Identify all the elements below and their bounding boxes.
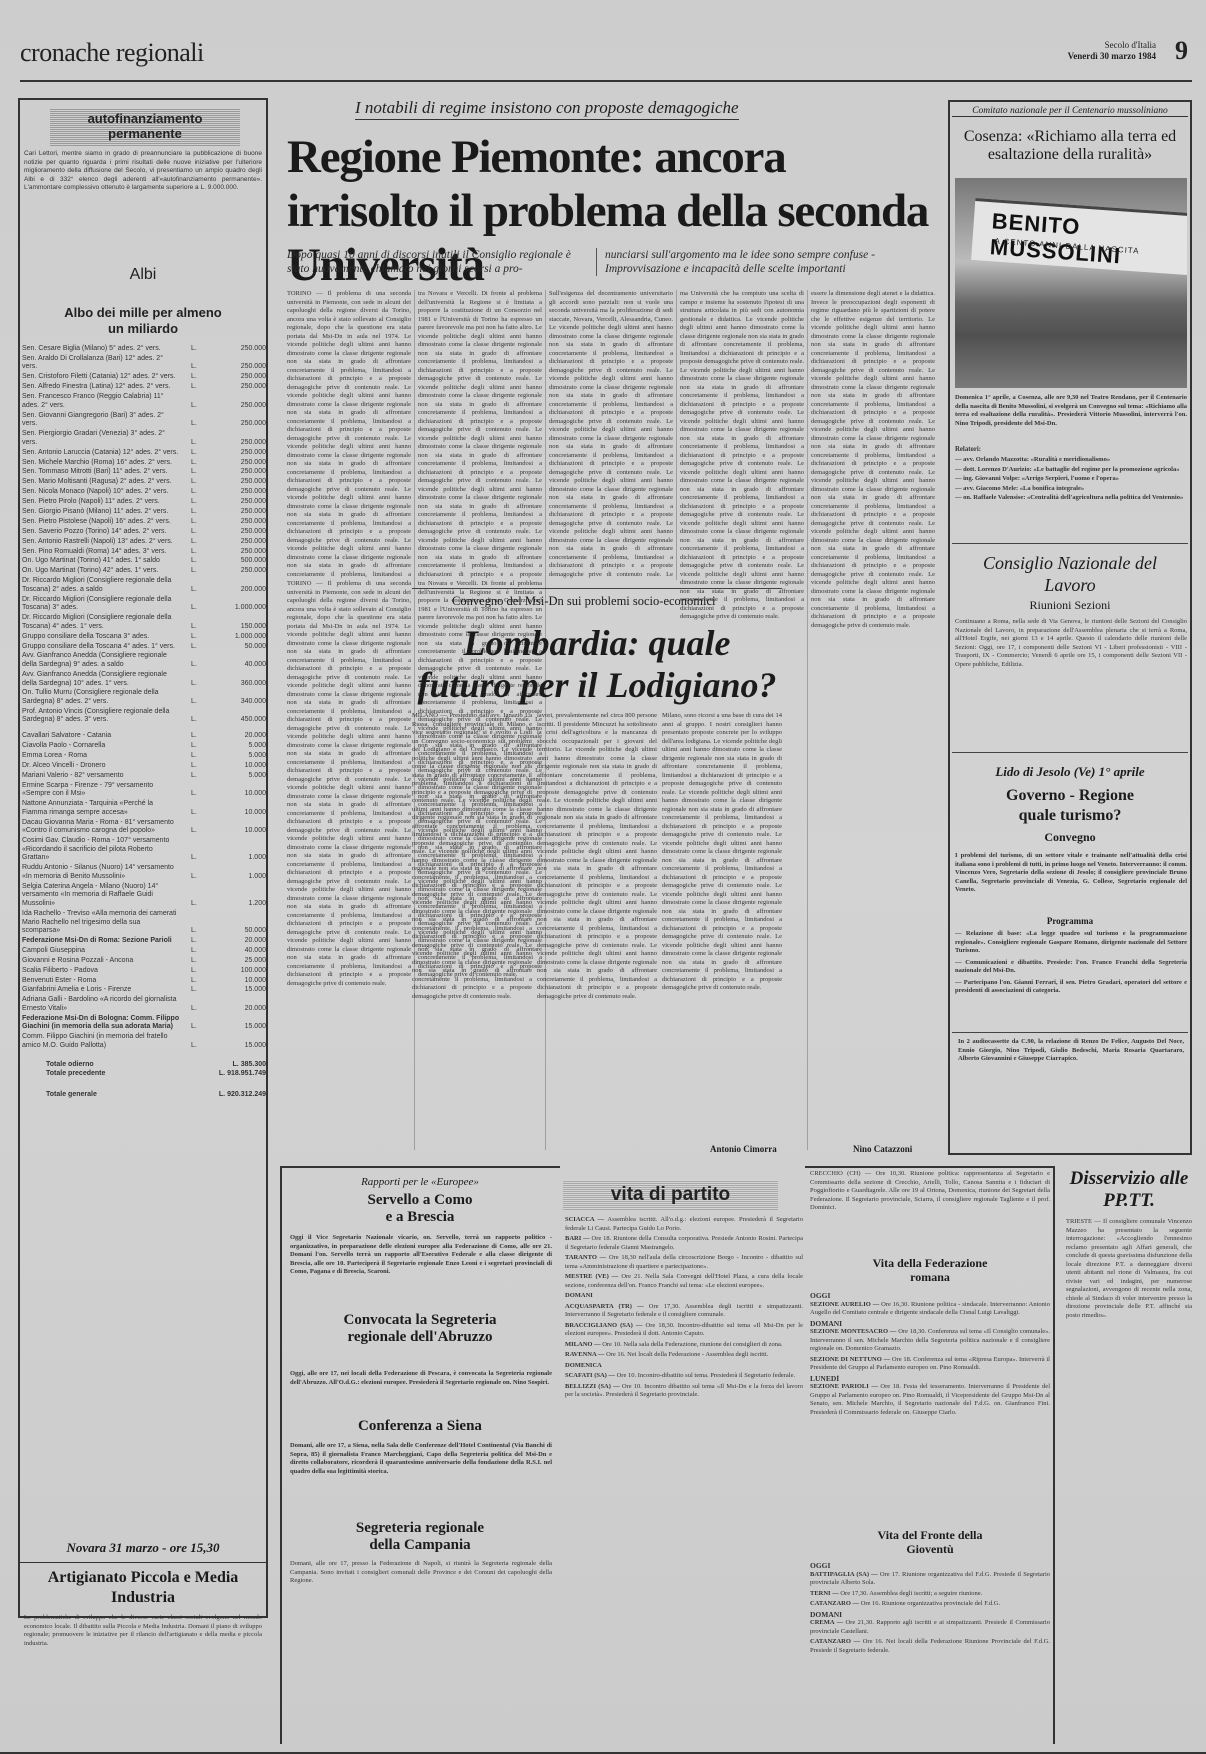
donor-name: Selgia Caterina Angela - Milano (Nuoro) … xyxy=(22,883,180,909)
vita-entry: DOMENICA xyxy=(565,1362,803,1371)
federation-entry: BATTIPAGLIA (SA) — Ore 17. Riunione orga… xyxy=(810,1571,1050,1588)
donor-amount: 250.000 xyxy=(216,478,266,487)
donor-row: Gruppo consiliare della Toscana 3° ades.… xyxy=(22,633,266,642)
donor-name: Nattone Annunziata - Tarquinia «Perché l… xyxy=(22,800,180,817)
donor-name: Sen. Pietro Pistolese (Napoli) 16° ades.… xyxy=(22,518,180,527)
donor-amount: 15.000 xyxy=(216,1023,266,1032)
donor-amount: 15.000 xyxy=(216,986,266,995)
donor-row: Nattone Annunziata - Tarquinia «Perché l… xyxy=(22,800,266,817)
currency: L. xyxy=(191,1042,205,1051)
currency: L. xyxy=(191,538,205,547)
federazione-title: Vita della Federazione romana xyxy=(810,1256,1050,1284)
donor-amount: 250.000 xyxy=(216,567,266,576)
entry-label: CREMA — xyxy=(810,1619,845,1626)
relatori-list: — avv. Orlando Mazzotta: «Ruralità e mer… xyxy=(955,456,1187,504)
donor-amount: 20.000 xyxy=(216,937,266,946)
federation-entry: SEZIONE PARIOLI — Ore 18. Festa del tess… xyxy=(810,1383,1050,1417)
donor-row: Dr. Riccardo Migliori (Consigliere regio… xyxy=(22,596,266,613)
donor-amount: 250.000 xyxy=(216,528,266,537)
jesolo-kicker: Lido di Jesolo (Ve) 1° aprile xyxy=(952,764,1188,780)
servello-title: Servello a Como e a Brescia xyxy=(284,1192,556,1226)
donor-amount: 25.000 xyxy=(216,957,266,966)
donor-amount: 5.000 xyxy=(216,742,266,751)
donor-name: On. Tullio Murru (Consigliere regionale … xyxy=(22,689,180,706)
total-row: Totale precedenteL. 918.951.749 xyxy=(22,1069,266,1078)
jesolo-subtitle: Convegno xyxy=(952,830,1188,845)
currency: L. xyxy=(191,557,205,566)
federazione-box xyxy=(805,1166,1055,1744)
donor-row: Sen. Tommaso Mitrotti (Bari) 11° ades. 2… xyxy=(22,468,266,477)
donor-amount: 10.000 xyxy=(216,977,266,986)
cnl-rule xyxy=(952,543,1188,544)
campania-text: Domani, alle ore 17, presso la Federazio… xyxy=(290,1560,552,1740)
currency: L. xyxy=(191,459,205,468)
donor-amount: 450.000 xyxy=(216,716,266,725)
donor-amount: 50.000 xyxy=(216,927,266,936)
photo-banner: BENITO MUSSOLINI A CENTO ANNI DALLA NASC… xyxy=(971,198,1187,276)
donor-name: Adriana Galli - Bardolino «A ricordo del… xyxy=(22,996,180,1013)
donor-amount: 250.000 xyxy=(216,488,266,497)
donor-row: Sen. Nicola Monaco (Napoli) 10° ades. 2°… xyxy=(22,488,266,497)
relatori-label: Relatori: xyxy=(955,446,1187,455)
donor-amount: 10.000 xyxy=(216,827,266,836)
donor-amount: 5.000 xyxy=(216,772,266,781)
donor-name: Campoli Giuseppina xyxy=(22,947,180,956)
donor-name: Sen. Antonio Laruccia (Catania) 12° ades… xyxy=(22,449,180,458)
vita-entry: MESTRE (VE) — Ore 21. Nella Sala Convegn… xyxy=(565,1273,803,1290)
donor-amount: 20.000 xyxy=(216,1005,266,1014)
currency: L. xyxy=(191,698,205,707)
paper-meta: Secolo d'Italia Venerdì 30 marzo 1984 xyxy=(1068,40,1156,62)
donor-row: Sen. Pietro Pistolese (Napoli) 16° ades.… xyxy=(22,518,266,527)
donor-row: Federazione Msi-Dn di Roma: Sezione Pari… xyxy=(22,937,266,946)
donor-name: Ermine Scarpa - Firenze - 79° versamento… xyxy=(22,782,180,799)
entry-label: TERNI — xyxy=(810,1590,840,1597)
main-article-column: tra Novara e Vercelli. Di fronte al prob… xyxy=(418,290,542,578)
donor-name: Sen. Pietro Pirolo (Napoli) 11° ades. 2°… xyxy=(22,498,180,507)
donor-name: Sen. Francesco Franco (Reggio Calabria) … xyxy=(22,393,180,410)
main-deck-right: nunciarsi sull'argomento ma le idee sono… xyxy=(605,248,935,276)
donor-amount: 1.000 xyxy=(216,854,266,863)
currency: L. xyxy=(191,661,205,670)
vita-entry: RAVENNA — Ore 16. Nei locali della Feder… xyxy=(565,1351,803,1360)
jesolo-program-label: Programma xyxy=(952,916,1188,926)
donor-amount: 250.000 xyxy=(216,548,266,557)
relatore-item: — avv. Giacomo Mele: «La bonifica integr… xyxy=(955,485,1187,494)
donor-amount: 500.000 xyxy=(216,557,266,566)
currency: L. xyxy=(191,567,205,576)
donor-name: Sen. Cristoforo Filetti (Catania) 12° ad… xyxy=(22,373,180,382)
donor-row: Sen. Alfredo Finestra (Latina) 12° ades.… xyxy=(22,383,266,392)
entry-place: MILANO — xyxy=(565,1341,602,1348)
lombardia-column: Milano, sono ricorsi a una base di cura … xyxy=(662,712,782,1138)
siena-text: Domani, alle ore 17, a Siena, nella Sala… xyxy=(290,1442,552,1502)
abruzzo-text: Oggi, alle ore 17, nei locali della Fede… xyxy=(290,1370,552,1410)
entry-label: SEZIONE AURELIO — xyxy=(810,1301,881,1308)
donor-amount: 340.000 xyxy=(216,698,266,707)
vita-entry: ACQUASPARTA (TR) — Ore 17,30. Assemblea … xyxy=(565,1303,803,1320)
donor-row: Ruddu Antonio - Silanus (Nuoro) 14° vers… xyxy=(22,864,266,881)
jesolo-program: — Relazione di base: «La legge quadro su… xyxy=(955,930,1187,999)
donor-row: Sen. Araldo Di Crollalanza (Bari) 12° ad… xyxy=(22,355,266,372)
vita-entry: BELLIZZI (SA) — Ore 10. Incontro dibatti… xyxy=(565,1383,803,1400)
main-article-column: essere la dimensione degli atenei e la d… xyxy=(811,290,935,1138)
currency: L. xyxy=(191,827,205,836)
currency: L. xyxy=(191,937,205,946)
currency: L. xyxy=(191,373,205,382)
entry-place: SCAFATI (SA) — xyxy=(565,1372,617,1379)
donor-name: Sen. Antonio Rastrelli (Napoli) 13° ades… xyxy=(22,538,180,547)
donor-row: Comm. Filippo Giachini (in memoria del f… xyxy=(22,1033,266,1050)
donor-name: Federazione Msi-Dn di Bologna: Comm. Fil… xyxy=(22,1015,180,1032)
total-row: Totale generaleL. 920.312.249 xyxy=(22,1090,266,1099)
disservizio-title: Disservizio alle PP.TT. xyxy=(1062,1168,1196,1212)
cnl-subtitle: Riunioni Sezioni xyxy=(952,598,1188,613)
currency: L. xyxy=(191,986,205,995)
donor-name: Dr. Alceo Vincelli - Dronero xyxy=(22,762,180,771)
lombardia-kicker: Convegno del Msi-Dn sui problemi socio-e… xyxy=(452,594,716,609)
main-kicker: I notabili di regime insistono con propo… xyxy=(355,98,739,120)
entry-label: SEZIONE MONTESACRO — xyxy=(810,1328,898,1335)
donor-amount: 250.000 xyxy=(216,459,266,468)
servello-text: Oggi il Vice Segretario Nazionale vicari… xyxy=(290,1234,552,1298)
donor-name: Sen. Giovanni Giangregorio (Bari) 3° ade… xyxy=(22,412,180,429)
total-label: Totale generale xyxy=(22,1090,97,1099)
entry-label: CATANZARO — xyxy=(810,1600,861,1607)
day-label: DOMANI xyxy=(565,1292,593,1299)
currency: L. xyxy=(191,643,205,652)
donor-row: Sen. Piergiorgio Gradari (Venezia) 3° ad… xyxy=(22,430,266,447)
donor-name: Emma Lorea - Roma xyxy=(22,752,180,761)
donor-row: Benvenuti Ester - RomaL.10.000 xyxy=(22,977,266,986)
donor-row: Sen. Michele Marchio (Roma) 16° ades. 2°… xyxy=(22,459,266,468)
donor-name: Gruppo consiliare della Toscana 4° ades.… xyxy=(22,643,180,652)
total-label: Totale odierno xyxy=(22,1060,94,1069)
donor-amount: 250.000 xyxy=(216,498,266,507)
vita-entry: DOMANI xyxy=(565,1292,803,1301)
donor-row: Ciavolla Paolo - CornarellaL.5.000 xyxy=(22,742,266,751)
total-amount: L. 920.312.249 xyxy=(219,1090,266,1099)
donor-row: Sen. Antonio Rastrelli (Napoli) 13° ades… xyxy=(22,538,266,547)
albo-subtitle: Albo dei mille per almeno un miliardo xyxy=(20,305,266,337)
masthead-rule xyxy=(20,80,1192,82)
donor-name: Dr. Riccardo Migliori (Consigliere regio… xyxy=(22,614,180,631)
federation-entry: SEZIONE AURELIO — Ore 16,30. Riunione po… xyxy=(810,1301,1050,1318)
donor-name: Ruddu Antonio - Silanus (Nuoro) 14° vers… xyxy=(22,864,180,881)
currency: L. xyxy=(191,488,205,497)
main-article-column: TORINO — Il problema di una seconda univ… xyxy=(287,290,411,578)
vita-di-partito-banner: vita di partito xyxy=(563,1180,778,1210)
fronte-title: Vita del Fronte della Gioventù xyxy=(810,1528,1050,1556)
donor-row: Ida Rachello - Treviso «Alla memoria dei… xyxy=(22,910,266,936)
day-label: OGGI xyxy=(810,1562,1050,1571)
section-title: cronache regionali xyxy=(20,38,204,68)
currency: L. xyxy=(191,633,205,642)
donor-amount: 40.000 xyxy=(216,661,266,670)
currency: L. xyxy=(191,967,205,976)
entry-place: MESTRE (VE) — xyxy=(565,1273,621,1280)
relatore-item: — ing. Giovanni Volpe: «Arrigo Serpieri,… xyxy=(955,475,1187,484)
currency: L. xyxy=(191,957,205,966)
donor-amount: 250.000 xyxy=(216,402,266,411)
crecchio-text: CRECCHIO (CH) — Ore 10,30. Riunione poli… xyxy=(810,1170,1050,1232)
donor-row: Sen. Saverio Pozzo (Torino) 14° ades. 2°… xyxy=(22,528,266,537)
program-item: — Comunicazioni e dibattito. Presiede: l… xyxy=(955,959,1187,976)
entry-text: Ore 21,30. Rapporto agli iscritti e ai s… xyxy=(810,1619,1050,1635)
column-divider xyxy=(676,290,677,580)
entry-text: Ore 16. Riunione organizzativa provincia… xyxy=(861,1600,1000,1607)
donor-row: Dr. Riccardo Migliori (Consigliere regio… xyxy=(22,614,266,631)
federation-entry: CATANZARO — Ore 16. Riunione organizzati… xyxy=(810,1600,1050,1609)
currency: L. xyxy=(191,528,205,537)
main-byline: Nino Catazzoni xyxy=(853,1144,912,1154)
vita-entry: SCIACCA — Assemblea iscritti. All'o.d.g.… xyxy=(565,1216,803,1233)
donor-amount: 250.000 xyxy=(216,518,266,527)
vita-partito-entries: SCIACCA — Assemblea iscritti. All'o.d.g.… xyxy=(565,1216,803,1402)
currency: L. xyxy=(191,449,205,458)
donor-row: Sen. Mario Moltisanti (Ragusa) 2° ades. … xyxy=(22,478,266,487)
cosenza-text: Domenica 1° aprile, a Cosenza, alle ore … xyxy=(955,394,1187,444)
currency: L. xyxy=(191,947,205,956)
donor-name: On. Ugo Martinat (Torino) 42° ades. 1° v… xyxy=(22,567,180,576)
vita-entry: TARANTO — Ore 18,30 nell'aula della circ… xyxy=(565,1254,803,1271)
donor-row: Gianfabrini Amelia e Loris - FirenzeL.15… xyxy=(22,986,266,995)
lombardia-byline: Antonio Cimorra xyxy=(710,1144,777,1154)
donor-amount: 250.000 xyxy=(216,449,266,458)
donor-row: Avv. Gianfranco Anedda (Consigliere regi… xyxy=(22,671,266,688)
currency: L. xyxy=(191,468,205,477)
currency: L. xyxy=(191,402,205,411)
donor-row: Prof. Antonio Vincis (Consigliere region… xyxy=(22,708,266,725)
autofinanziamento-text: Cari Lettori, mentre siamo in grado di p… xyxy=(24,150,262,228)
jesolo-rule xyxy=(952,752,1188,753)
donor-list: Sen. Cesare Biglia (Milano) 5° ades. 2° … xyxy=(22,345,266,1099)
entry-place: BELLIZZI (SA) — xyxy=(565,1383,622,1390)
currency: L. xyxy=(191,927,205,936)
donor-row: Sen. Antonio Laruccia (Catania) 12° ades… xyxy=(22,449,266,458)
currency: L. xyxy=(191,345,205,354)
day-label: DOMANI xyxy=(810,1611,1050,1620)
relatore-item: — on. Raffaele Valensise: «Centralità de… xyxy=(955,494,1187,503)
currency: L. xyxy=(191,790,205,799)
newspaper-page: cronache regionali Secolo d'Italia Vener… xyxy=(0,0,1206,1754)
mussolini-photo: BENITO MUSSOLINI A CENTO ANNI DALLA NASC… xyxy=(955,178,1187,388)
entry-text: Ore 16. Nei locali della Federazione - A… xyxy=(606,1351,768,1358)
currency: L. xyxy=(191,873,205,882)
vita-entry: SCAFATI (SA) — Ore 10. Incontro-dibattit… xyxy=(565,1372,803,1381)
entry-place: SCIACCA — xyxy=(565,1216,607,1223)
donor-row: Scalia Filiberto - PadovaL.100.000 xyxy=(22,967,266,976)
donor-name: Comm. Filippo Giachini (in memoria del f… xyxy=(22,1033,180,1050)
day-label: DOMANI xyxy=(810,1320,1050,1329)
novara-rule xyxy=(20,1562,266,1563)
day-label: LUNEDÌ xyxy=(810,1375,1050,1384)
federazione-entries: OGGISEZIONE AURELIO — Ore 16,30. Riunion… xyxy=(810,1292,1050,1419)
total-amount: L. 385.300 xyxy=(233,1060,266,1069)
currency: L. xyxy=(191,548,205,557)
entry-text: Ore 17,30. Assemblea degli iscritti; a s… xyxy=(840,1590,982,1597)
donor-name: On. Ugo Martinat (Torino) 41° ades. 1° s… xyxy=(22,557,180,566)
donor-name: Sen. Alfredo Finestra (Latina) 12° ades.… xyxy=(22,383,180,392)
entry-place: ACQUASPARTA (TR) — xyxy=(565,1303,649,1310)
main-article-column-continued: TORINO — Il problema di una seconda univ… xyxy=(287,580,411,1146)
currency: L. xyxy=(191,518,205,527)
donor-name: Mariani Valerio - 82° versamento xyxy=(22,772,180,781)
entry-place: TARANTO — xyxy=(565,1254,609,1261)
donor-name: Ida Rachello - Treviso «Alla memoria dei… xyxy=(22,910,180,936)
audiocassette-footnote: In 2 audiocassette da C.90, la relazione… xyxy=(958,1038,1184,1098)
donor-name: Ciavolla Paolo - Cornarella xyxy=(22,742,180,751)
donor-row: Avv. Gianfranco Anedda (Consigliere regi… xyxy=(22,652,266,669)
donor-name: Sen. Tommaso Mitrotti (Bari) 11° ades. 2… xyxy=(22,468,180,477)
main-deck-left: Dopo quasi 10 anni di discorsi inutili i… xyxy=(287,248,587,276)
donor-amount: 150.000 xyxy=(216,623,266,632)
donor-name: Sen. Giorgio Pisanò (Milano) 11° ades. 2… xyxy=(22,508,180,517)
donor-name: Sen. Mario Moltisanti (Ragusa) 2° ades. … xyxy=(22,478,180,487)
donor-name: Dr. Riccardo Migliori (Consigliere regio… xyxy=(22,596,180,613)
novara-title: Artigianato Piccola e Media Industria xyxy=(20,1568,266,1608)
federation-entry: SEZIONE DI NETTUNO — Ore 18. Conferenza … xyxy=(810,1356,1050,1373)
vita-entry: BRACCIGLIANO (SA) — Ore 18,30. Incontro-… xyxy=(565,1322,803,1339)
donor-row: Sen. Pietro Pirolo (Napoli) 11° ades. 2°… xyxy=(22,498,266,507)
donor-row: Cavallari Salvatore - CataniaL.20.000 xyxy=(22,732,266,741)
siena-title: Conferenza a Siena xyxy=(284,1418,556,1435)
donor-row: Sen. Pino Romualdi (Roma) 14° ades. 3° v… xyxy=(22,548,266,557)
donor-name: Benvenuti Ester - Roma xyxy=(22,977,180,986)
albi-title: Albi xyxy=(20,266,266,284)
donor-amount: 20.000 xyxy=(216,732,266,741)
donor-row: Dr. Riccardo Migliori (Consigliere regio… xyxy=(22,577,266,594)
footnote-rule xyxy=(952,1032,1188,1033)
donor-name: Cavallari Salvatore - Catania xyxy=(22,732,180,741)
currency: L. xyxy=(191,752,205,761)
donor-amount: 250.000 xyxy=(216,383,266,392)
donor-amount: 5.000 xyxy=(216,752,266,761)
abruzzo-title: Convocata la Segreteria regionale dell'A… xyxy=(284,1312,556,1346)
donor-amount: 10.000 xyxy=(216,809,266,818)
federation-entry: SEZIONE MONTESACRO — Ore 18,30. Conferen… xyxy=(810,1328,1050,1354)
donor-row: Federazione Msi-Dn di Bologna: Comm. Fil… xyxy=(22,1015,266,1032)
donor-name: Sen. Nicola Monaco (Napoli) 10° ades. 2°… xyxy=(22,488,180,497)
donor-name: Sen. Pino Romualdi (Roma) 14° ades. 3° v… xyxy=(22,548,180,557)
currency: L. xyxy=(191,478,205,487)
currency: L. xyxy=(191,586,205,595)
relatore-item: — avv. Orlando Mazzotta: «Ruralità e mer… xyxy=(955,456,1187,465)
lombardia-top-rule xyxy=(412,588,782,589)
cnl-text: Continuano a Roma, nella sede di Via Gen… xyxy=(955,618,1187,748)
program-item: — Partecipano l'on. Gianni Ferrari, il s… xyxy=(955,979,1187,996)
currency: L. xyxy=(191,742,205,751)
deck-divider xyxy=(596,248,597,276)
federation-entry: CATANZARO — Ore 16. Nei locali della Fed… xyxy=(810,1638,1050,1655)
currency: L. xyxy=(191,363,205,372)
donor-row: Selgia Caterina Angela - Milano (Nuoro) … xyxy=(22,883,266,909)
currency: L. xyxy=(191,772,205,781)
vita-entry: BARI — Ore 18. Riunione della Consulta c… xyxy=(565,1235,803,1252)
currency: L. xyxy=(191,498,205,507)
currency: L. xyxy=(191,439,205,448)
donor-amount: 50.000 xyxy=(216,643,266,652)
jesolo-text: I problemi del turismo, di un settore vi… xyxy=(955,852,1187,912)
novara-kicker: Novara 31 marzo - ore 15,30 xyxy=(20,1540,266,1556)
donor-name: Scalia Filiberto - Padova xyxy=(22,967,180,976)
jesolo-title: Governo - Regione quale turismo? xyxy=(952,786,1188,826)
donor-name: Sen. Saverio Pozzo (Torino) 14° ades. 2°… xyxy=(22,528,180,537)
donor-amount: 1.200 xyxy=(216,900,266,909)
entry-label: SEZIONE PARIOLI — xyxy=(810,1383,880,1390)
fronte-entries: OGGIBATTIPAGLIA (SA) — Ore 17. Riunione … xyxy=(810,1562,1050,1657)
donor-amount: 250.000 xyxy=(216,420,266,429)
currency: L. xyxy=(191,1005,205,1014)
donor-name: Giovanni e Rosina Pozzali - Ancona xyxy=(22,957,180,966)
currency: L. xyxy=(191,623,205,632)
donor-row: Sen. Cesare Biglia (Milano) 5° ades. 2° … xyxy=(22,345,266,354)
currency: L. xyxy=(191,680,205,689)
donor-amount: 250.000 xyxy=(216,508,266,517)
donor-amount: 100.000 xyxy=(216,967,266,976)
entry-place: BRACCIGLIANO (SA) — xyxy=(565,1322,646,1329)
newspaper-name: Secolo d'Italia xyxy=(1068,40,1156,51)
donor-row: Campoli GiuseppinaL.40.000 xyxy=(22,947,266,956)
donor-amount: 250.000 xyxy=(216,363,266,372)
program-item: — Relazione di base: «La legge quadro su… xyxy=(955,930,1187,956)
donor-row: Ermine Scarpa - Firenze - 79° versamento… xyxy=(22,782,266,799)
entry-text: Ore 18. Riunione della Consulta corporat… xyxy=(565,1235,803,1251)
donor-row: Sen. Cristoforo Filetti (Catania) 12° ad… xyxy=(22,373,266,382)
entry-label: BATTIPAGLIA (SA) — xyxy=(810,1571,880,1578)
donor-amount: 15.000 xyxy=(216,1042,266,1051)
donor-name: Cosimi Gav. Claudio - Roma - 107° versam… xyxy=(22,837,180,863)
donor-row: Emma Lorea - RomaL.5.000 xyxy=(22,752,266,761)
donor-name: Sen. Michele Marchio (Roma) 16° ades. 2°… xyxy=(22,459,180,468)
donor-row: On. Ugo Martinat (Torino) 42° ades. 1° v… xyxy=(22,567,266,576)
donor-name: Sen. Piergiorgio Gradari (Venezia) 3° ad… xyxy=(22,430,180,447)
totals-spacer xyxy=(22,1052,266,1060)
donor-amount: 10.000 xyxy=(216,790,266,799)
lombardia-headline: Lombardia: quale futuro per il Lodigiano… xyxy=(412,622,782,706)
lombardia-column: MILANO — Presieduto dall'avv. Ignazio La… xyxy=(412,712,532,1138)
column-divider xyxy=(807,290,808,1150)
donor-name: Sen. Cesare Biglia (Milano) 5° ades. 2° … xyxy=(22,345,180,354)
total-label: Totale precedente xyxy=(22,1069,105,1078)
donor-row: Dr. Alceo Vincelli - DroneroL.10.000 xyxy=(22,762,266,771)
disservizio-text: TRIESTE — Il consigliere comunale Vincen… xyxy=(1066,1218,1192,1742)
donor-row: Giovanni e Rosina Pozzali - AnconaL.25.0… xyxy=(22,957,266,966)
currency: L. xyxy=(191,854,205,863)
currency: L. xyxy=(191,977,205,986)
centenario-kicker: Comitato nazionale per il Centenario mus… xyxy=(952,106,1188,117)
donor-row: Gruppo consiliare della Toscana 4° ades.… xyxy=(22,643,266,652)
currency: L. xyxy=(191,383,205,392)
federation-entry: TERNI — Ore 17,30. Assemblea degli iscri… xyxy=(810,1590,1050,1599)
donor-row: Dacau Giovanna Maria - Roma - 81° versam… xyxy=(22,819,266,836)
currency: L. xyxy=(191,508,205,517)
donor-amount: 1.000.000 xyxy=(216,633,266,642)
donor-amount: 40.000 xyxy=(216,947,266,956)
donor-amount: 250.000 xyxy=(216,538,266,547)
donor-row: On. Tullio Murru (Consigliere regionale … xyxy=(22,689,266,706)
entry-label: SEZIONE DI NETTUNO — xyxy=(810,1356,892,1363)
currency: L. xyxy=(191,762,205,771)
donor-name: Sen. Araldo Di Crollalanza (Bari) 12° ad… xyxy=(22,355,180,372)
donor-row: Sen. Giorgio Pisanò (Milano) 11° ades. 2… xyxy=(22,508,266,517)
donor-amount: 1.000 xyxy=(216,873,266,882)
cosenza-title: Cosenza: «Richiamo alla terra ed esaltaz… xyxy=(952,128,1188,164)
donor-amount: 360.000 xyxy=(216,680,266,689)
day-label: OGGI xyxy=(810,1292,1050,1301)
currency: L. xyxy=(191,420,205,429)
donor-name: Gruppo consiliare della Toscana 3° ades. xyxy=(22,633,180,642)
